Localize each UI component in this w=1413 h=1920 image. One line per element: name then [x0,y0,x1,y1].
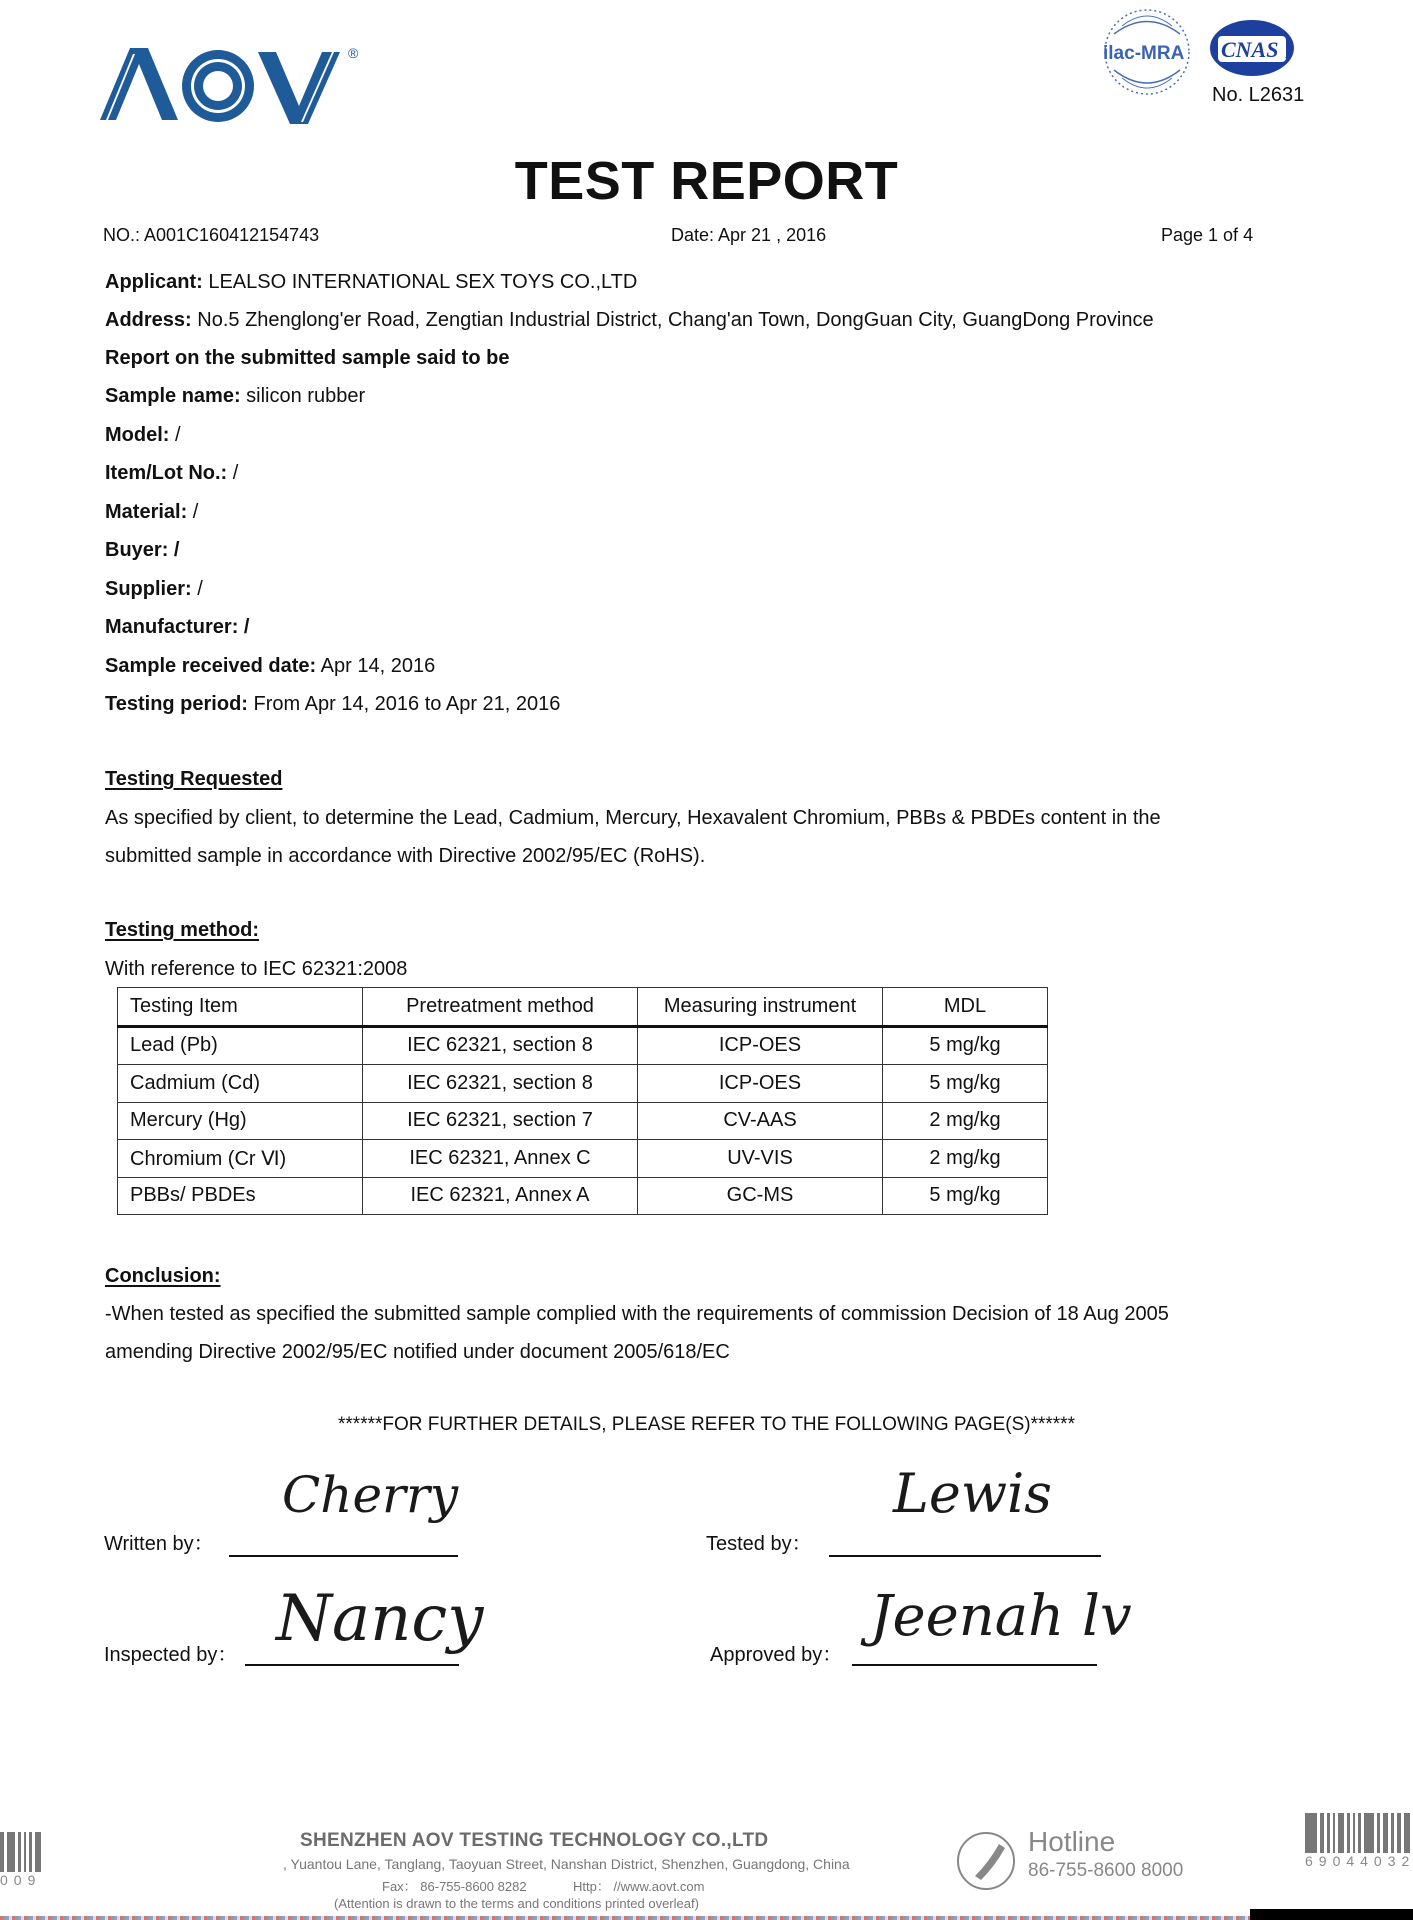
conclusion-line: -When tested as specified the submitted … [105,1295,1315,1333]
instrument-cell: ICP-OES [638,1026,883,1065]
testing-requested-line: submitted sample in accordance with Dire… [105,837,1315,875]
footer-website: Http： //www.aovt.com [573,1876,704,1895]
instrument-cell: GC-MS [638,1177,883,1215]
testing-requested-line: As specified by client, to determine the… [105,799,1315,837]
scan-edge-bar [1250,1909,1413,1920]
barcode-icon [0,1832,44,1872]
inspected-by-label: Inspected by： [104,1638,237,1667]
column-header: Measuring instrument [638,988,883,1027]
further-details-notice: ******FOR FURTHER DETAILS, PLEASE REFER … [0,1414,1413,1436]
scan-edge-strip [0,1916,1413,1920]
written-by-line [229,1555,458,1557]
barcode-icon [1305,1813,1413,1853]
info-supplier: Supplier: / [105,577,203,601]
field-label: Buyer: / [105,539,179,561]
cnas-icon: CNAS [1210,20,1294,76]
svg-text:®: ® [348,48,359,61]
hotline-label: Hotline [1028,1826,1115,1858]
barcode-left: 009 [0,1832,44,1888]
field-label: Supplier: [105,578,192,600]
info-sample-received-date: Sample received date: Apr 14, 2016 [105,654,435,678]
tested-by-line [829,1555,1101,1557]
approved-by-line [852,1664,1097,1666]
field-value: / [192,578,203,600]
table-row: Chromium (Cr Ⅵ) IEC 62321, Annex C UV-VI… [118,1140,1048,1178]
field-label: Sample name: [105,385,241,407]
footer-fax: Fax： 86-755-8600 8282 [382,1876,527,1895]
table-row: PBBs/ PBDEs IEC 62321, Annex A GC-MS 5 m… [118,1177,1048,1215]
conclusion-line: amending Directive 2002/95/EC notified u… [105,1333,1315,1371]
field-label: Applicant: [105,271,203,293]
barcode-number: 009 [0,1872,44,1888]
table-header-row: Testing Item Pretreatment method Measuri… [118,988,1048,1027]
page-indicator: Page 1 of 4 [1161,225,1253,246]
pretreatment-cell: IEC 62321, section 8 [363,1065,638,1103]
testing-method-heading: Testing method: [105,919,259,942]
mdl-cell: 5 mg/kg [883,1065,1048,1103]
field-value: / [169,424,180,446]
info-manufacturer: Manufacturer: / [105,615,249,639]
pretreatment-cell: IEC 62321, Annex C [363,1140,638,1178]
testing-item-cell: Chromium (Cr Ⅵ) [118,1140,363,1178]
field-value: No.5 Zhenglong'er Road, Zengtian Industr… [192,309,1154,331]
field-label: Report on the submitted sample said to b… [105,347,510,369]
tested-by-signature: Lewis [893,1462,1052,1525]
field-value: / [187,501,198,523]
testing-item-cell: Cadmium (Cd) [118,1065,363,1103]
testing-requested-heading: Testing Requested [105,768,282,791]
info-applicant: Applicant: LEALSO INTERNATIONAL SEX TOYS… [105,270,637,294]
column-header: MDL [883,988,1048,1027]
column-header: Testing Item [118,988,363,1027]
footer-attention: (Attention is drawn to the terms and con… [334,1896,699,1911]
testing-item-cell: PBBs/ PBDEs [118,1177,363,1215]
field-label: Testing period: [105,693,248,715]
info-report-on: Report on the submitted sample said to b… [105,346,510,370]
approved-by-signature: Jeenah lv [870,1584,1132,1649]
written-by-signature: Cherry [282,1466,458,1524]
field-label: Model: [105,424,169,446]
svg-text:ilac-MRA: ilac-MRA [1103,43,1185,64]
field-value: / [227,462,238,484]
testing-item-cell: Lead (Pb) [118,1026,363,1065]
mdl-cell: 5 mg/kg [883,1026,1048,1065]
page-title: TEST REPORT [0,150,1413,212]
table-row: Mercury (Hg) IEC 62321, section 7 CV-AAS… [118,1102,1048,1140]
mdl-cell: 2 mg/kg [883,1102,1048,1140]
mdl-cell: 5 mg/kg [883,1177,1048,1215]
conclusion-text: -When tested as specified the submitted … [105,1295,1315,1371]
field-label: Material: [105,501,187,523]
footer-address: , Yuantou Lane, Tanglang, Taoyuan Street… [283,1856,850,1872]
field-label: Sample received date: [105,655,316,677]
inspected-by-signature: Nancy [276,1582,483,1656]
info-address: Address: No.5 Zhenglong'er Road, Zengtia… [105,308,1154,332]
testing-method-reference: With reference to IEC 62321:2008 [105,957,407,981]
report-date: Date: Apr 21 , 2016 [671,225,826,246]
footer-company-name: SHENZHEN AOV TESTING TECHNOLOGY CO.,LTD [300,1830,768,1852]
mdl-cell: 2 mg/kg [883,1140,1048,1178]
field-value: LEALSO INTERNATIONAL SEX TOYS CO.,LTD [203,271,638,293]
testing-method-table: Testing Item Pretreatment method Measuri… [117,987,1048,1215]
written-by-label: Written by： [104,1527,214,1556]
info-material: Material: / [105,500,198,524]
conclusion-heading: Conclusion: [105,1265,221,1288]
table-row: Lead (Pb) IEC 62321, section 8 ICP-OES 5… [118,1026,1048,1065]
pretreatment-cell: IEC 62321, section 7 [363,1102,638,1140]
info-item-lot: Item/Lot No.: / [105,461,238,485]
info-buyer: Buyer: / [105,538,179,562]
info-sample-name: Sample name: silicon rubber [105,384,365,408]
testing-requested-text: As specified by client, to determine the… [105,799,1315,875]
field-label: Address: [105,309,192,331]
field-label: Manufacturer: / [105,616,249,638]
pretreatment-cell: IEC 62321, section 8 [363,1026,638,1065]
field-value: From Apr 14, 2016 to Apr 21, 2016 [248,693,560,715]
approved-by-label: Approved by： [710,1638,842,1667]
aov-logo: ® [100,48,360,128]
inspected-by-line [245,1664,459,1666]
field-label: Item/Lot No.: [105,462,227,484]
info-model: Model: / [105,423,181,447]
instrument-cell: UV-VIS [638,1140,883,1178]
tested-by-label: Tested by： [706,1527,812,1556]
report-number: NO.: A001C160412154743 [103,225,319,246]
instrument-cell: CV-AAS [638,1102,883,1140]
hotline-number: 86-755-8600 8000 [1028,1860,1183,1882]
barcode-number: 69044032 [1305,1853,1413,1869]
table-row: Cadmium (Cd) IEC 62321, section 8 ICP-OE… [118,1065,1048,1103]
barcode-right: 69044032 [1305,1813,1413,1869]
phone-icon [955,1830,1017,1892]
cnas-number: No. L2631 [1212,84,1304,107]
ilac-mra-icon: ilac-MRA [1103,10,1189,94]
field-value: silicon rubber [241,385,366,407]
svg-text:CNAS: CNAS [1221,37,1278,62]
info-testing-period: Testing period: From Apr 14, 2016 to Apr… [105,692,560,716]
pretreatment-cell: IEC 62321, Annex A [363,1177,638,1215]
column-header: Pretreatment method [363,988,638,1027]
testing-item-cell: Mercury (Hg) [118,1102,363,1140]
field-value: Apr 14, 2016 [316,655,435,677]
instrument-cell: ICP-OES [638,1065,883,1103]
